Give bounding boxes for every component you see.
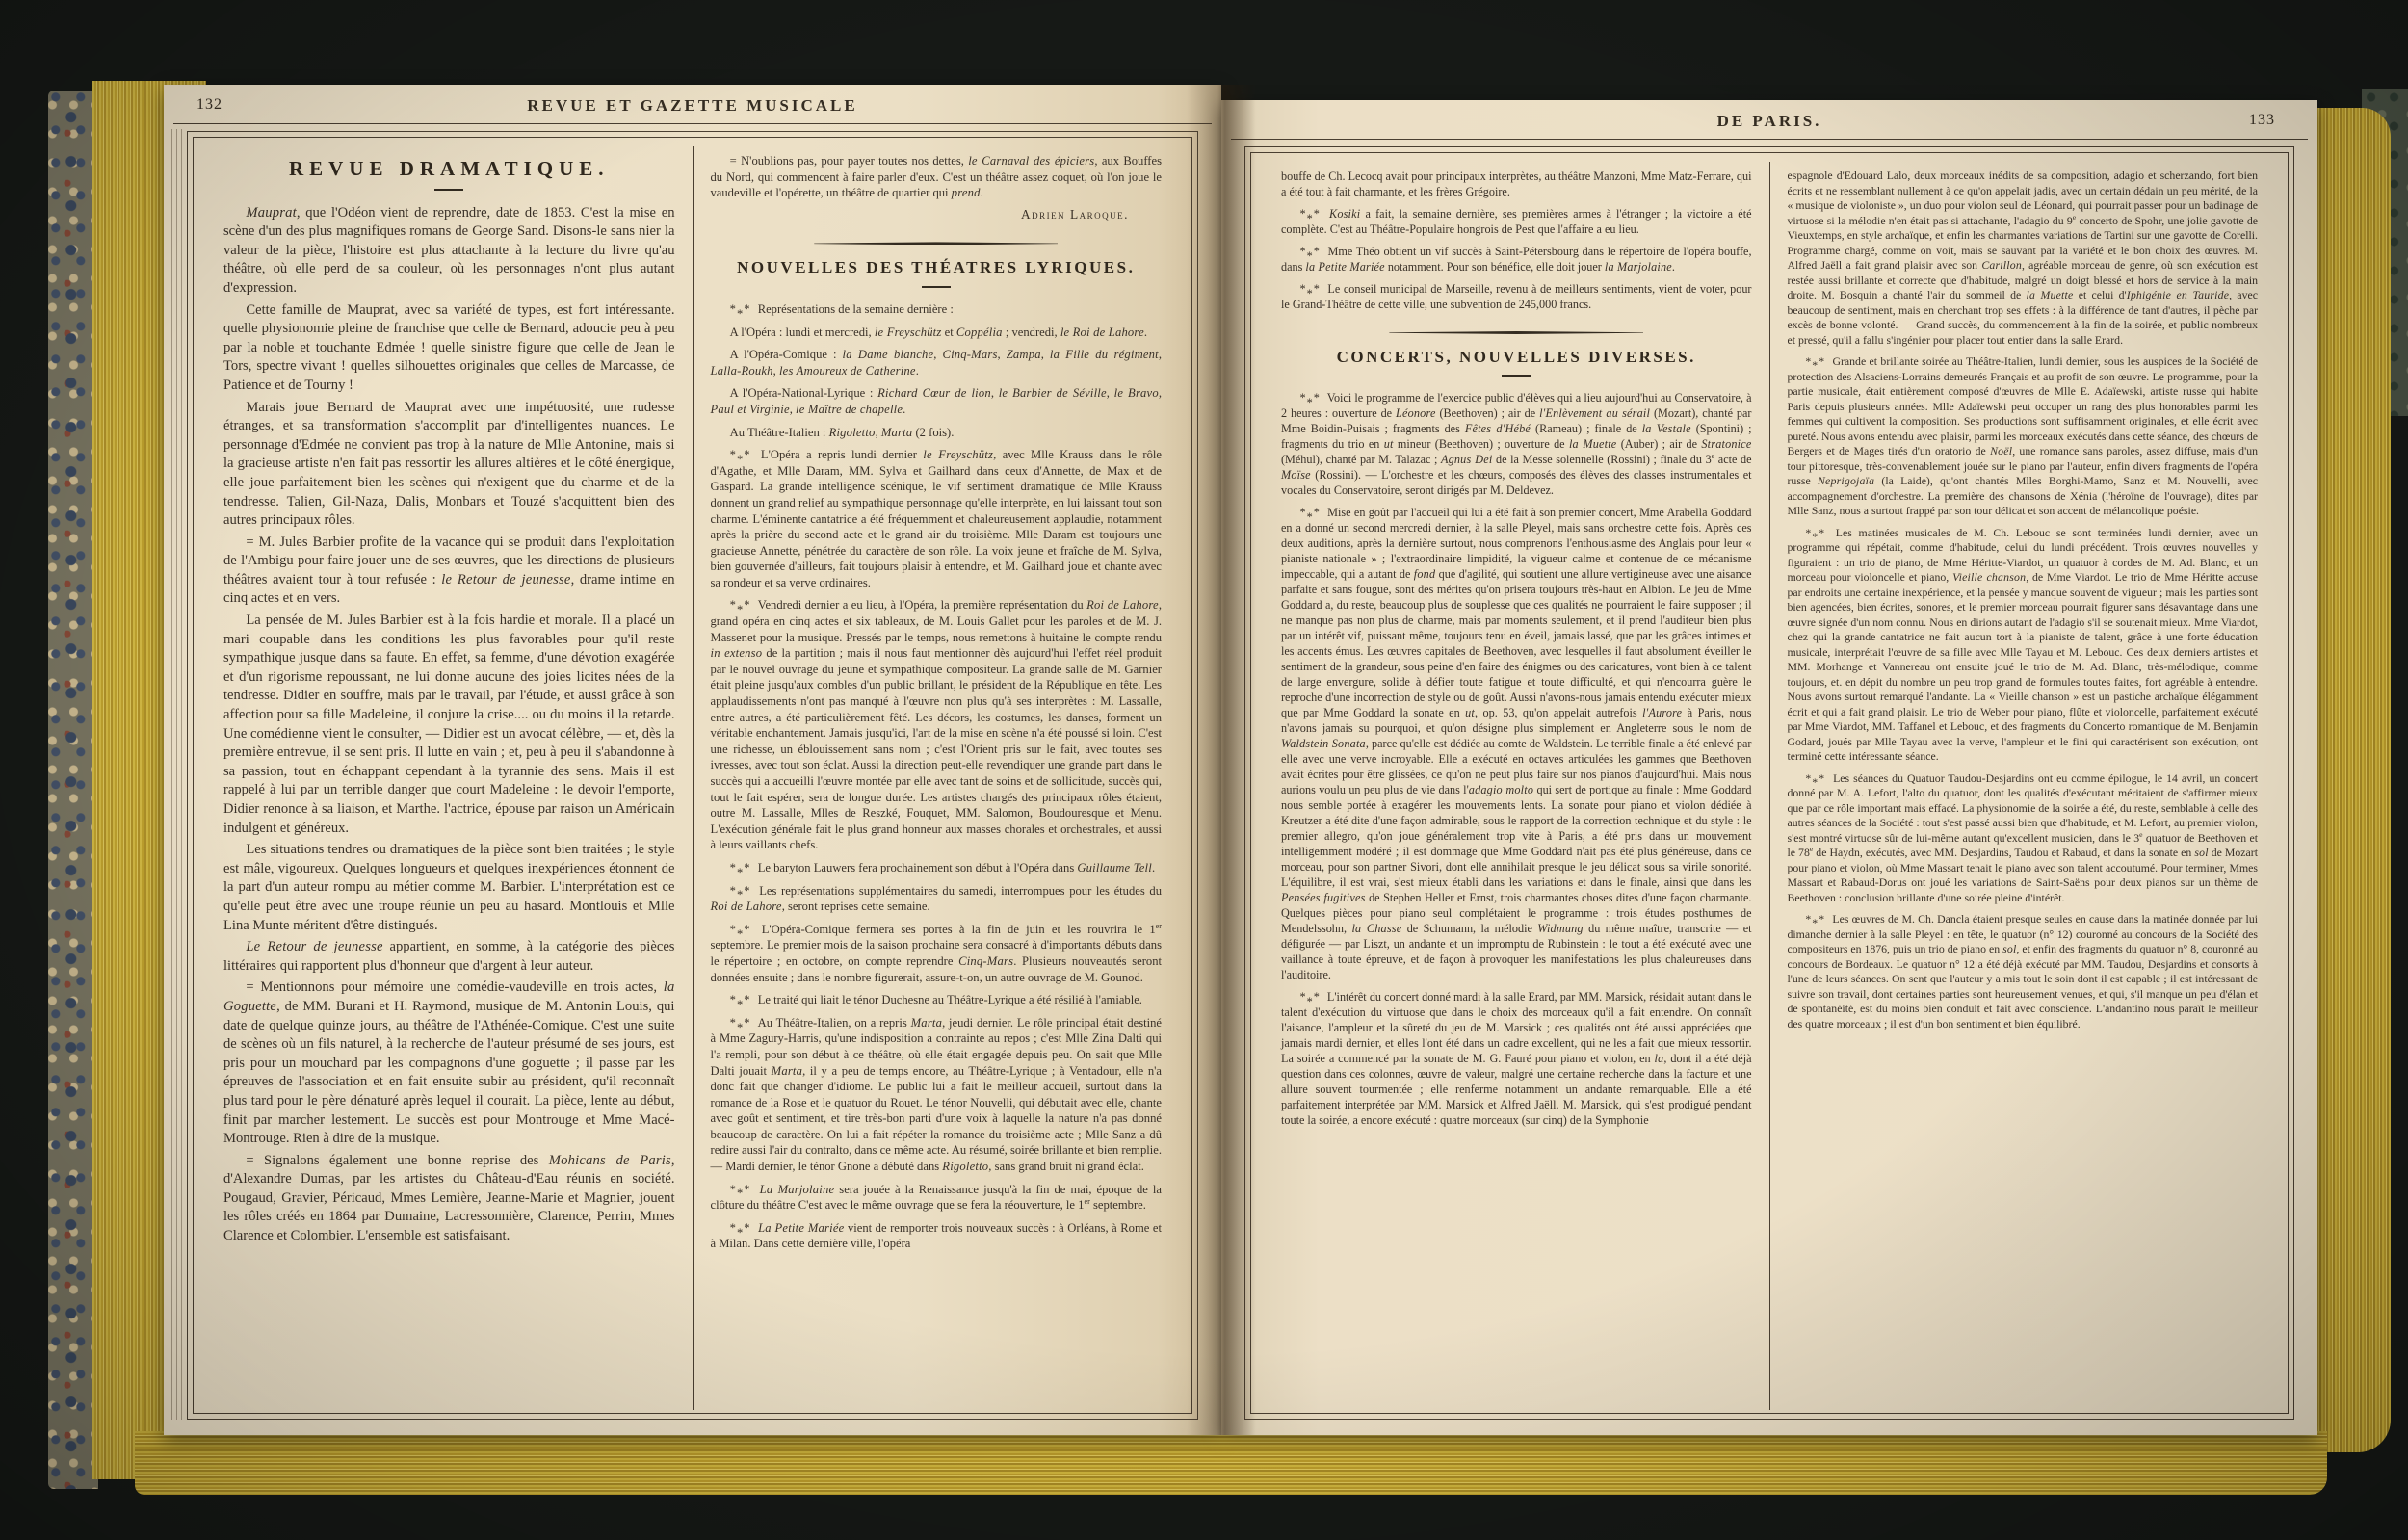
paragraph: *** Les séances du Quatuor Taudou-Desjar… <box>1788 771 2259 906</box>
paragraph: *** La Petite Mariée vient de remporter … <box>711 1220 1163 1252</box>
paragraph: = M. Jules Barbier profite de la vacance… <box>223 534 675 609</box>
right-page-column-1: bouffe de Ch. Lecocq avait pour principa… <box>1264 162 1769 1410</box>
running-title-right: DE PARIS. <box>1221 112 2317 131</box>
paragraph: *** L'Opéra a repris lundi dernier le Fr… <box>711 447 1163 590</box>
paragraph: *** Le conseil municipal de Marseille, r… <box>1281 281 1752 312</box>
paragraph: *** Le traité qui liait le ténor Duchesn… <box>711 992 1163 1008</box>
paragraph: *** Le baryton Lauwers fera prochainemen… <box>711 860 1163 876</box>
left-page-column-2: = N'oublions pas, pour payer toutes nos … <box>693 146 1180 1410</box>
paragraph: = Mentionnons pour mémoire une comédie-v… <box>223 979 675 1148</box>
gilt-page-edges-right <box>2308 108 2391 1452</box>
paragraph: *** Les œuvres de M. Ch. Dancla étaient … <box>1788 912 2259 1031</box>
section-divider <box>1389 331 1643 334</box>
paragraph: *** Kosiki a fait, la semaine dernière, … <box>1281 206 1752 237</box>
paragraph: A l'Opéra-Comique : la Dame blanche, Cin… <box>711 347 1163 378</box>
heading-dash <box>922 286 951 288</box>
page-curl-lines <box>168 129 183 1420</box>
paragraph: Cette famille de Mauprat, avec sa variét… <box>223 301 675 396</box>
paragraph: Marais joue Bernard de Mauprat avec une … <box>223 399 675 531</box>
paragraph: *** Les représentations supplémentaires … <box>711 883 1163 915</box>
left-page-column-1: REVUE DRAMATIQUE. Mauprat, que l'Odéon v… <box>206 146 693 1410</box>
header-rule <box>173 123 1212 124</box>
article-heading-concerts-nouvelles-diverses: CONCERTS, NOUVELLES DIVERSES. <box>1281 350 1752 365</box>
right-page: 133 DE PARIS. bouffe de Ch. Lecocq avait… <box>1221 100 2317 1435</box>
article-heading-revue-dramatique: REVUE DRAMATIQUE. <box>223 146 675 179</box>
paragraph: Au Théâtre-Italien : Rigoletto, Marta (2… <box>711 425 1163 441</box>
paragraph: *** Les matinées musicales de M. Ch. Leb… <box>1788 526 2259 765</box>
section-divider <box>814 242 1058 245</box>
paragraph: = N'oublions pas, pour payer toutes nos … <box>711 153 1163 201</box>
paragraph: *** Vendredi dernier a eu lieu, à l'Opér… <box>711 597 1163 853</box>
paragraph: = Signalons également une bonne reprise … <box>223 1152 675 1246</box>
paragraph: Mauprat, que l'Odéon vient de reprendre,… <box>223 204 675 299</box>
paragraph: espagnole d'Edouard Lalo, deux morceaux … <box>1788 169 2259 348</box>
paragraph: *** Mme Théo obtient un vif succès à Sai… <box>1281 244 1752 274</box>
header-rule <box>1231 139 2308 140</box>
left-page: 132 REVUE ET GAZETTE MUSICALE REVUE DRAM… <box>164 85 1221 1435</box>
paragraph: *** Voici le programme de l'exercice pub… <box>1281 390 1752 498</box>
right-page-column-2: espagnole d'Edouard Lalo, deux morceaux … <box>1769 162 2276 1410</box>
article-heading-nouvelles-theatres-lyriques: NOUVELLES DES THÉATRES LYRIQUES. <box>711 260 1163 276</box>
paragraph: *** L'intérêt du concert donné mardi à l… <box>1281 989 1752 1128</box>
gilt-page-edges-bottom <box>135 1431 2327 1495</box>
paragraph: *** Grande et brillante soirée au Théâtr… <box>1788 354 2259 519</box>
paragraph: Les situations tendres ou dramatiques de… <box>223 841 675 935</box>
heading-dash <box>1502 375 1531 377</box>
marbled-cover-edge-left <box>48 91 98 1489</box>
paragraph: La pensée de M. Jules Barbier est à la f… <box>223 612 675 838</box>
paragraph: *** Représentations de la semaine derniè… <box>711 301 1163 318</box>
paragraph: *** L'Opéra-Comique fermera ses portes à… <box>711 922 1163 985</box>
heading-dash <box>434 189 463 191</box>
paragraph: bouffe de Ch. Lecocq avait pour principa… <box>1281 169 1752 199</box>
paragraph: A l'Opéra : lundi et mercredi, le Freysc… <box>711 325 1163 341</box>
paragraph: Le Retour de jeunesse appartient, en som… <box>223 938 675 976</box>
paragraph: *** Au Théâtre-Italien, on a repris Mart… <box>711 1015 1163 1175</box>
paragraph: *** La Marjolaine sera jouée à la Renais… <box>711 1182 1163 1214</box>
paragraph: *** Mise en goût par l'accueil qui lui a… <box>1281 505 1752 982</box>
paragraph: A l'Opéra-National-Lyrique : Richard Cœu… <box>711 385 1163 417</box>
article-signature: Adrien Laroque. <box>711 207 1163 223</box>
running-title-left: REVUE ET GAZETTE MUSICALE <box>164 96 1221 116</box>
